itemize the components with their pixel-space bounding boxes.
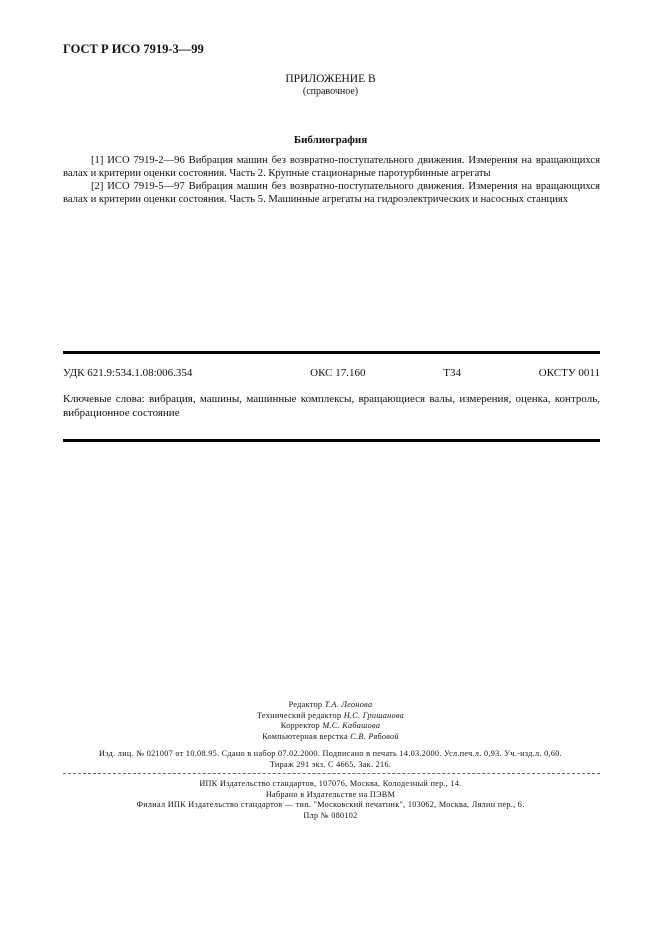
- classification-codes: УДК 621.9:534.1.08:006.354 ОКС 17.160 Т3…: [63, 367, 600, 379]
- udk-code: УДК 621.9:534.1.08:006.354: [63, 367, 192, 379]
- imprint-info: Изд. лиц. № 021007 от 10.08.95. Сдано в …: [0, 749, 661, 770]
- bottom-rule: [63, 439, 600, 442]
- appendix-subtitle: (справочное): [0, 86, 661, 97]
- oks-code: ОКС 17.160: [310, 367, 365, 379]
- okstu-code: ОКСТУ 0011: [539, 367, 600, 379]
- publisher-line: ИПК Издательство стандартов, 107076, Мос…: [0, 779, 661, 790]
- credit-line: Технический редактор Н.С. Гришанова: [0, 711, 661, 722]
- imprint-line: Изд. лиц. № 021007 от 10.08.95. Сдано в …: [0, 749, 661, 760]
- credit-line: Корректор М.С. Кабашова: [0, 721, 661, 732]
- publisher-line: Филиал ИПК Издательство стандартов — тип…: [0, 800, 661, 811]
- dashed-divider: [63, 773, 600, 774]
- standard-id-header: ГОСТ Р ИСО 7919-3—99: [63, 42, 204, 57]
- keywords: Ключевые слова: вибрация, машины, машинн…: [63, 392, 600, 420]
- reference-item: [1] ИСО 7919-2—96 Вибрация машин без воз…: [63, 154, 600, 180]
- publisher-line: Плр № 080102: [0, 811, 661, 822]
- publisher-info: ИПК Издательство стандартов, 107076, Мос…: [0, 779, 661, 821]
- bibliography-title: Библиография: [0, 134, 661, 146]
- credit-line: Редактор Т.А. Леонова: [0, 700, 661, 711]
- editorial-credits: Редактор Т.А. Леонова Технический редакт…: [0, 700, 661, 742]
- credit-line: Компьютерная верстка С.В. Рябовой: [0, 732, 661, 743]
- t-code: Т34: [443, 367, 461, 379]
- imprint-line: Тираж 291 экз. С 4665. Зак. 216.: [0, 760, 661, 771]
- top-rule: [63, 351, 600, 354]
- reference-item: [2] ИСО 7919-5—97 Вибрация машин без воз…: [63, 180, 600, 206]
- publisher-line: Набрано в Издательстве на ПЭВМ: [0, 790, 661, 801]
- appendix-title: ПРИЛОЖЕНИЕ В: [0, 73, 661, 85]
- bibliography-list: [1] ИСО 7919-2—96 Вибрация машин без воз…: [63, 154, 600, 206]
